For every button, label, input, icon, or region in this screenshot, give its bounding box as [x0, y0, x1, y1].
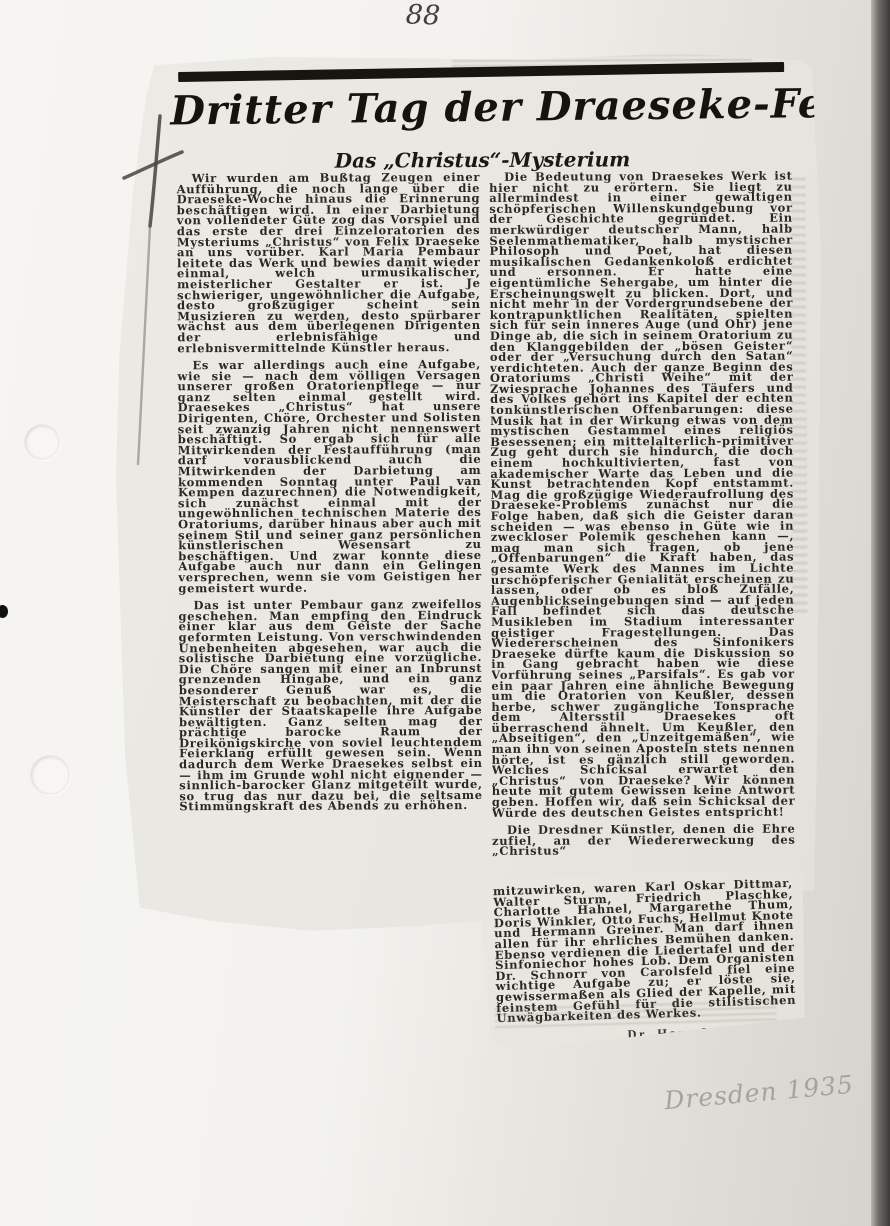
newspaper-clipping-main: Dritter Tag der Draeseke-Feier Das „Chri…	[112, 52, 828, 941]
paragraph: Es war allerdings auch eine Aufgabe, wie…	[177, 359, 482, 593]
punch-hole-top	[24, 424, 60, 460]
ink-spot	[0, 605, 8, 618]
article-columns: Wir wurden am Bußtag Zeugen einer Auffüh…	[177, 171, 796, 890]
scan-edge-shadow	[871, 0, 890, 1226]
punch-hole-bottom	[30, 755, 70, 795]
pen-cross-mark	[118, 106, 188, 476]
paragraph: Die Bedeutung von Draesekes Werk ist hie…	[489, 171, 795, 819]
continuation-paragraph: mitzuwirken, waren Karl Oskar Dittmar, W…	[493, 878, 797, 1024]
article-headline: Dritter Tag der Draeseke-Feier	[170, 80, 794, 134]
article-subtitle: Das „Christus“-Mysterium	[170, 147, 794, 174]
paragraph: Wir wurden am Bußtag Zeugen einer Auffüh…	[177, 172, 481, 353]
article-column-left: Wir wurden am Bußtag Zeugen einer Auffüh…	[177, 172, 484, 889]
handwritten-page-number: 88	[387, 0, 458, 32]
headline-rule	[178, 62, 784, 82]
paragraph: Die Dresdner Künstler, denen die Ehre zu…	[492, 824, 796, 857]
handwritten-annotation: Dresden 1935	[663, 1070, 855, 1115]
newspaper-clipping-continuation: mitzuwirken, waren Karl Oskar Dittmar, W…	[481, 868, 810, 1053]
author-signature: Dr. Hans Schnoor.	[497, 1023, 797, 1046]
paragraph: Das ist unter Pembaur ganz zweifellos ge…	[178, 599, 482, 812]
scanned-album-page: 88 Dritter Tag der Draeseke-Feier Das „C…	[0, 0, 890, 1226]
article-column-right: Die Bedeutung von Draesekes Werk ist hie…	[489, 171, 796, 888]
